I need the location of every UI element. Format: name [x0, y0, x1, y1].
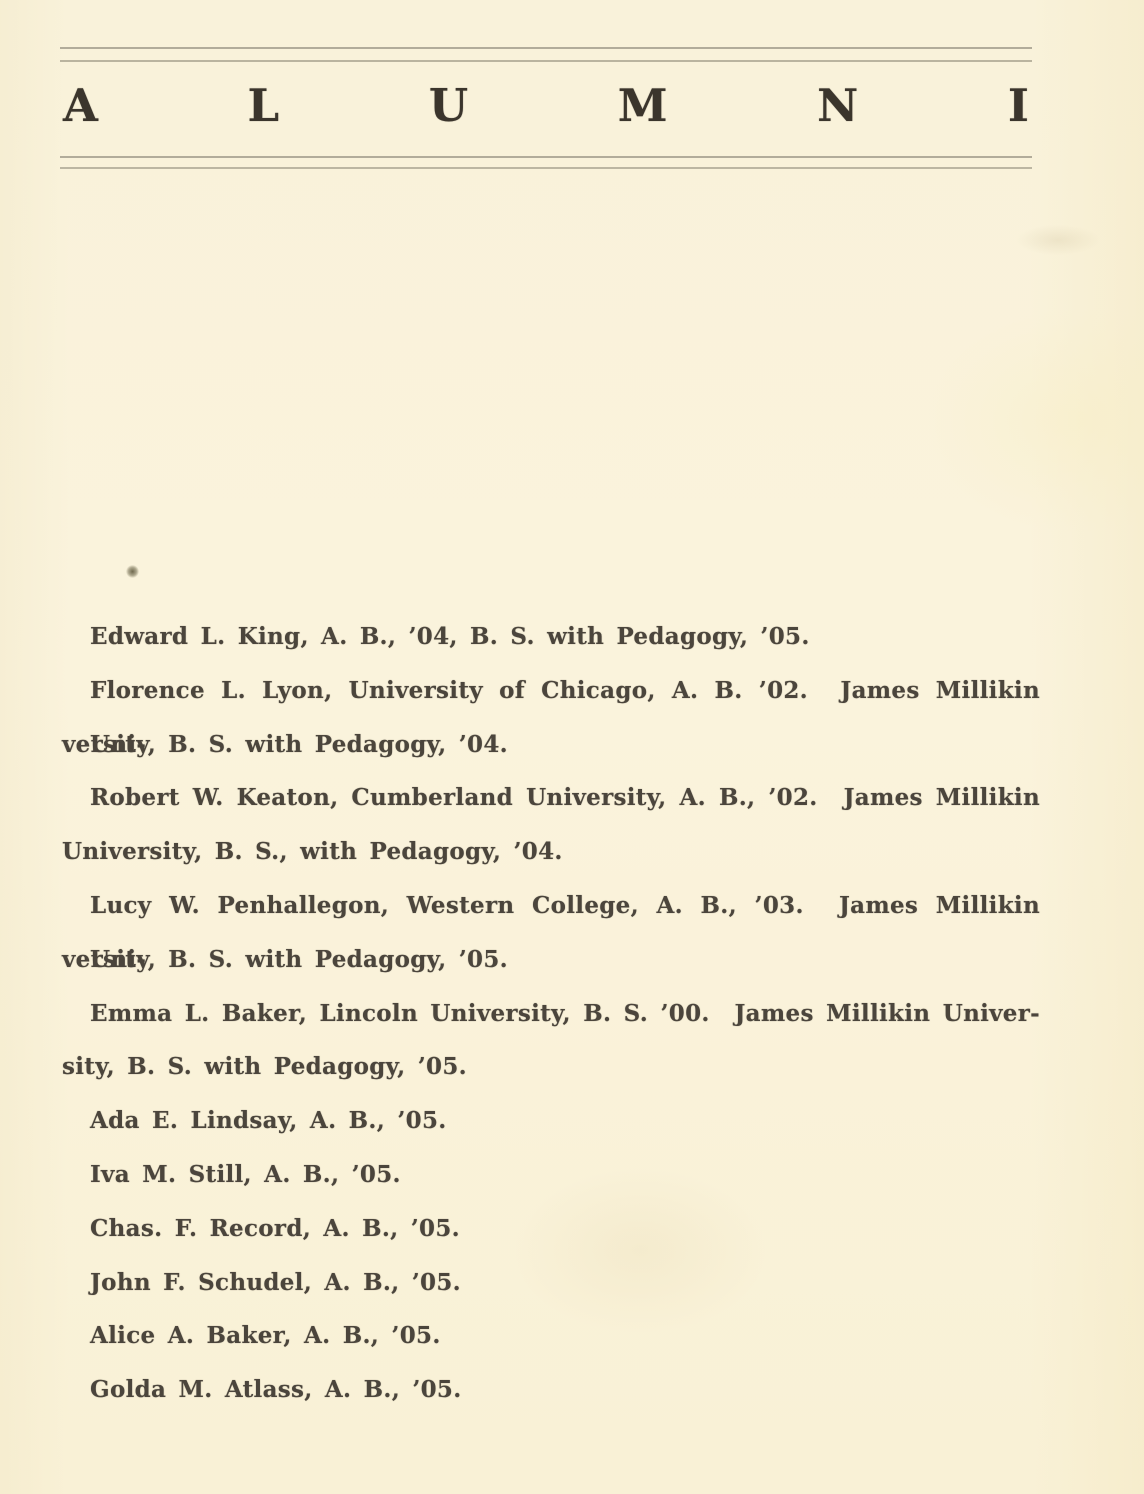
alumni-entry-line: Ada E. Lindsay, A. B., ’05.: [62, 1094, 1040, 1148]
title-letter-u: U: [429, 84, 468, 128]
title-letter-a: A: [63, 84, 98, 128]
alumni-entry-line: versity, B. S. with Pedagogy, ’04.: [62, 718, 1040, 772]
alumni-list: Edward L. King, A. B., ’04, B. S. with P…: [62, 610, 1040, 1417]
alumni-entry-line: Alice A. Baker, A. B., ’05.: [62, 1309, 1040, 1363]
masthead-top-rule-1: [60, 47, 1032, 49]
alumni-entry-line: sity, B. S. with Pedagogy, ’05.: [62, 1040, 1040, 1094]
alumni-entry-line: Robert W. Keaton, Cumberland University,…: [62, 771, 1040, 825]
alumni-entry-line: University, B. S., with Pedagogy, ’04.: [62, 825, 1040, 879]
masthead-top-rule-2: [60, 60, 1032, 62]
ink-speck: [126, 565, 139, 578]
title-letter-n: N: [817, 84, 858, 128]
alumni-entry-line: Florence L. Lyon, University of Chicago,…: [62, 664, 1040, 718]
alumni-entry-line: Emma L. Baker, Lincoln University, B. S.…: [62, 987, 1040, 1041]
title-letter-l: L: [248, 84, 280, 128]
alumni-entry-line: versity, B. S. with Pedagogy, ’05.: [62, 933, 1040, 987]
alumni-entry-line: Golda M. Atlass, A. B., ’05.: [62, 1363, 1040, 1417]
alumni-entry-line: Lucy W. Penhallegon, Western College, A.…: [62, 879, 1040, 933]
alumni-entry-line: John F. Schudel, A. B., ’05.: [62, 1256, 1040, 1310]
scanned-book-page: A L U M N I Edward L. King, A. B., ’04, …: [0, 0, 1144, 1494]
alumni-entry-line: Iva M. Still, A. B., ’05.: [62, 1148, 1040, 1202]
alumni-entry-line: Edward L. King, A. B., ’04, B. S. with P…: [62, 610, 1040, 664]
masthead-bottom-rule-2: [60, 167, 1032, 169]
alumni-entry-line: Chas. F. Record, A. B., ’05.: [62, 1202, 1040, 1256]
title-letter-i: I: [1008, 84, 1029, 128]
title-letter-m: M: [618, 84, 668, 128]
page-title: A L U M N I: [63, 84, 1029, 128]
masthead-bottom-rule-1: [60, 156, 1032, 158]
